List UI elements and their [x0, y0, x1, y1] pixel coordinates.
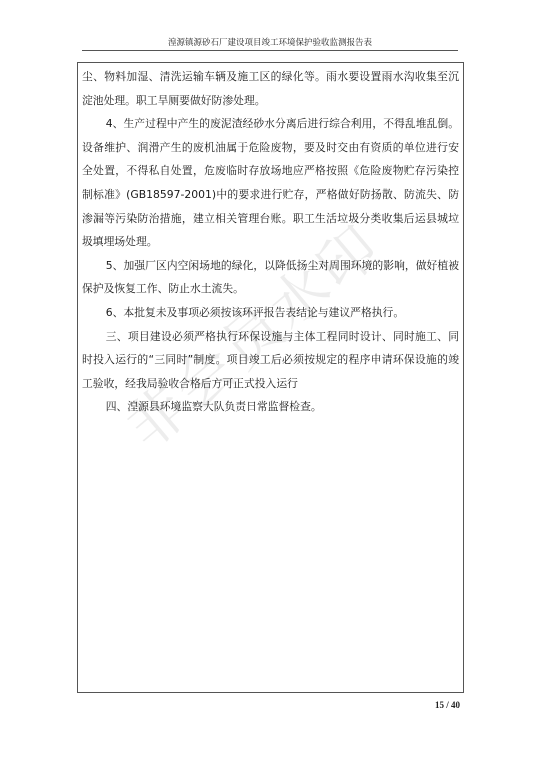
header-divider	[82, 50, 458, 51]
paragraph-item-6-other-matters: 6、本批复未及事项必须按该环评报告表结论与建议严格执行。	[82, 301, 459, 325]
page-number: 15 / 40	[435, 700, 460, 710]
paragraph-section-3-three-simultaneous: 三、项目建设必须严格执行环保设施与主体工程同时设计、同时施工、同时投入运行的“三…	[82, 325, 459, 396]
approval-text-block: 尘、物料加湿、清洗运输车辆及施工区的绿化等。雨水要设置雨水沟收集至沉淀池处理。职…	[82, 65, 459, 419]
document-header-title: 湟源镇源砂石厂建设项目竣工环境保护验收监测报告表	[82, 38, 458, 48]
paragraph-dust-rainwater: 尘、物料加湿、清洗运输车辆及施工区的绿化等。雨水要设置雨水沟收集至沉淀池处理。职…	[82, 65, 459, 112]
paragraph-section-4-supervision: 四、湟源县环境监察大队负责日常监督检查。	[82, 395, 459, 419]
content-table-cell: 尘、物料加湿、清洗运输车辆及施工区的绿化等。雨水要设置雨水沟收集至沉淀池处理。职…	[77, 62, 464, 693]
paragraph-item-4-waste: 4、生产过程中产生的废泥渣经砂水分离后进行综合利用，不得乱堆乱倒。设备维护、润滑…	[82, 112, 459, 254]
paragraph-item-5-greening: 5、加强厂区内空闲场地的绿化，以降低扬尘对周围环境的影响，做好植被保护及恢复工作…	[82, 254, 459, 301]
